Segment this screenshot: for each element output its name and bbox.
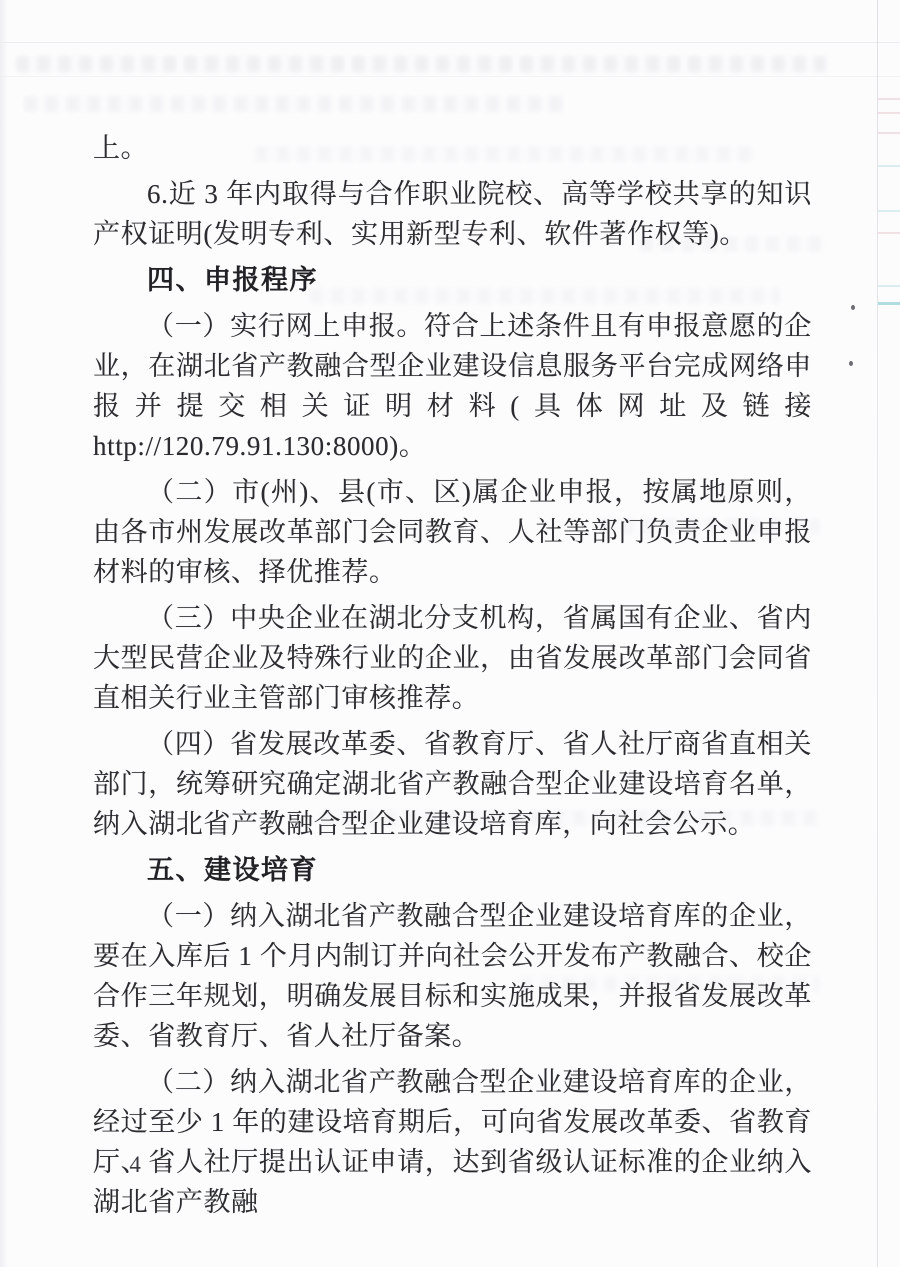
cultivation-paragraph-1: （一）纳入湖北省产教融合型企业建设培育库的企业，要在入库后 1 个月内制订并向社…	[93, 896, 812, 1056]
section-heading-application-procedure: 四、申报程序	[93, 260, 812, 300]
scanned-document-page: 上。 6.近 3 年内取得与合作职业院校、高等学校共享的知识产权证明(发明专利、…	[0, 0, 900, 1267]
procedure-paragraph-3: （三）中央企业在湖北分支机构，省属国有企业、省内大型民营企业及特殊行业的企业，由…	[93, 598, 812, 718]
scan-artifact-line	[0, 76, 900, 77]
scan-bleedthrough	[24, 96, 564, 112]
scan-artifact-tick	[878, 165, 900, 167]
scan-artifact-line	[877, 0, 878, 1267]
page-number: - 4 -	[98, 1152, 181, 1178]
procedure-paragraph-4: （四）省发展改革委、省教育厅、省人社厅商省直相关部门，统筹研究确定湖北省产教融合…	[93, 724, 812, 844]
procedure-paragraph-2: （二）市(州)、县(市、区)属企业申报，按属地原则，由各市州发展改革部门会同教育…	[93, 472, 812, 592]
scan-artifact-tick	[878, 112, 900, 114]
document-body: 上。 6.近 3 年内取得与合作职业院校、高等学校共享的知识产权证明(发明专利、…	[93, 128, 812, 1228]
scan-edge-shading	[0, 0, 8, 1267]
scan-artifact-tick	[878, 210, 900, 212]
scan-speck	[851, 305, 855, 310]
scan-artifact-tick	[878, 232, 900, 234]
scan-artifact-tick	[878, 302, 900, 305]
continuation-line: 上。	[93, 128, 812, 168]
scan-artifact-line	[0, 42, 900, 43]
scan-artifact-tick	[878, 132, 900, 134]
scan-speck	[849, 361, 853, 366]
procedure-paragraph-1: （一）实行网上申报。符合上述条件且有申报意愿的企业，在湖北省产教融合型企业建设信…	[93, 306, 812, 466]
scan-bleedthrough	[16, 56, 826, 72]
cultivation-paragraph-2: （二）纳入湖北省产教融合型企业建设培育库的企业，经过至少 1 年的建设培育期后，…	[93, 1062, 812, 1222]
item-6-paragraph: 6.近 3 年内取得与合作职业院校、高等学校共享的知识产权证明(发明专利、实用新…	[93, 174, 812, 254]
section-heading-construction-cultivation: 五、建设培育	[93, 850, 812, 890]
scan-artifact-tick	[878, 98, 900, 100]
scan-artifact-tick	[878, 285, 900, 287]
